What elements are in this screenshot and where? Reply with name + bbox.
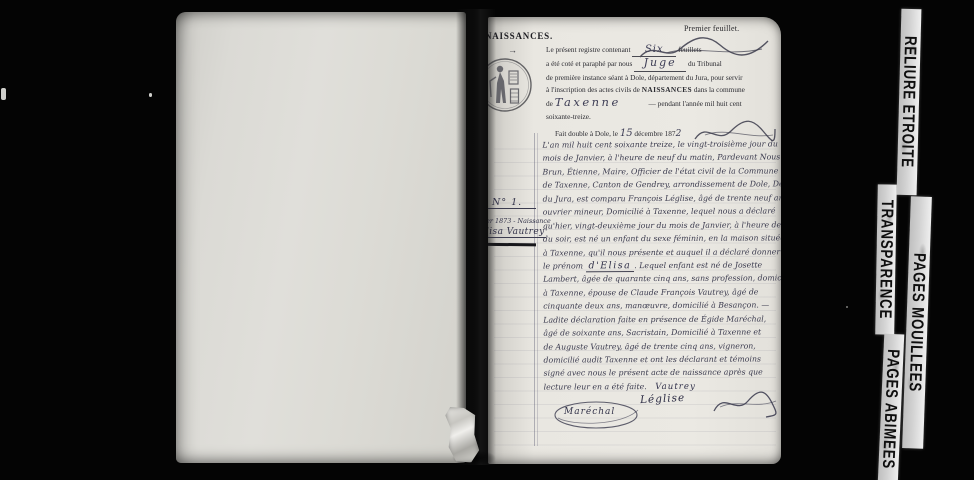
act-line: du Jura, est comparu François Léglise, â… bbox=[543, 191, 781, 206]
margin-date-line: Janvier 1873 - Naissance bbox=[488, 217, 546, 225]
margin-rule-inner bbox=[537, 133, 538, 446]
act-body: L'an mil huit cent soixante treize, le v… bbox=[542, 137, 781, 394]
fill-officier: Juge bbox=[634, 57, 686, 71]
right-page-act: Premier feuillet. NAISSANCES. → bbox=[488, 17, 781, 464]
act-line: âgé de soixante ans, Sacristain, Domicil… bbox=[543, 326, 781, 341]
act-line: cinquante deux ans, manœuvre, domicilié … bbox=[543, 299, 781, 314]
act-line: à Taxenne, épouse de Claude François Vau… bbox=[543, 285, 781, 300]
act-line: de Taxenne, Canton de Gendrey, arrondiss… bbox=[543, 178, 781, 193]
cover-line-5: de Taxenne — pendant l'année mil huit ce… bbox=[546, 96, 781, 110]
act-line: signé avec nous le présent acte de naiss… bbox=[544, 366, 781, 381]
cover-line-2: a été coté et paraphé par nous Juge du T… bbox=[546, 57, 781, 71]
cover-line-3: de première instance séant à Dole, dépar… bbox=[546, 72, 781, 84]
fill-commune: Taxenne bbox=[555, 96, 647, 108]
speck bbox=[1, 88, 6, 100]
book-gutter-shadow bbox=[456, 9, 496, 465]
naissances-header: NAISSANCES. bbox=[488, 31, 556, 41]
act-line: à Taxenne, qu'il nous présente et auquel… bbox=[543, 245, 781, 260]
fill-day: 15 bbox=[620, 128, 633, 139]
act-line: Brun, Étienne, Maire, Officier de l'état… bbox=[542, 164, 780, 179]
archival-scan: Premier feuillet. NAISSANCES. → bbox=[0, 0, 974, 480]
archive-label-pages-mouillees: PAGES MOUILLEES bbox=[902, 196, 932, 449]
act-line-child-name: le prénom d'Elisa. Lequel enfant est né … bbox=[543, 258, 781, 273]
act-line: domicilié audit Taxenne et ont les décla… bbox=[543, 352, 781, 367]
act-margin-note: N° 1. Janvier 1873 - Naissance d'Elisa V… bbox=[488, 197, 546, 246]
inline-signature-vautrey: Vautrey bbox=[655, 382, 696, 392]
speck bbox=[149, 93, 152, 97]
speck bbox=[846, 306, 848, 308]
cover-line-1: Le présent registre contenant Six feuill… bbox=[546, 44, 781, 57]
margin-rule bbox=[534, 133, 535, 446]
act-line: L'an mil huit cent soixante treize, le v… bbox=[542, 137, 780, 152]
official-signature-flourish bbox=[710, 383, 780, 425]
act-line: Ladite déclaration faite en présence de … bbox=[543, 312, 781, 327]
archive-label-transparence: TRANSPARENCE bbox=[875, 184, 897, 334]
act-line: de Auguste Vautrey, âgé de trente cinq a… bbox=[543, 339, 781, 354]
signature-leglise: Léglise bbox=[640, 392, 686, 406]
archive-label-reliure-etroite: RELIURE ETROITE bbox=[897, 9, 922, 195]
act-line: ouvrier mineur, Domicilié à Taxenne, leq… bbox=[543, 205, 781, 220]
fill-feuillets-count: Six bbox=[632, 44, 676, 57]
margin-name-line: d'Elisa Vautrey bbox=[488, 227, 546, 238]
archive-label-pages-abimees: PAGES ABIMEES bbox=[878, 334, 905, 480]
act-line: mois de Janvier, à l'heure de neuf du ma… bbox=[542, 151, 780, 166]
act-line: Lambert, âgée de quarante cinq ans, sans… bbox=[543, 272, 781, 287]
signature-marechal: Maréchal bbox=[552, 396, 642, 432]
child-name-underlined: d'Elisa bbox=[585, 260, 634, 272]
left-page-blank bbox=[176, 12, 466, 463]
act-line: du soir, est né un enfant du sexe fémini… bbox=[543, 231, 781, 246]
act-line: qu'hier, vingt-deuxième jour du mois de … bbox=[543, 218, 781, 233]
